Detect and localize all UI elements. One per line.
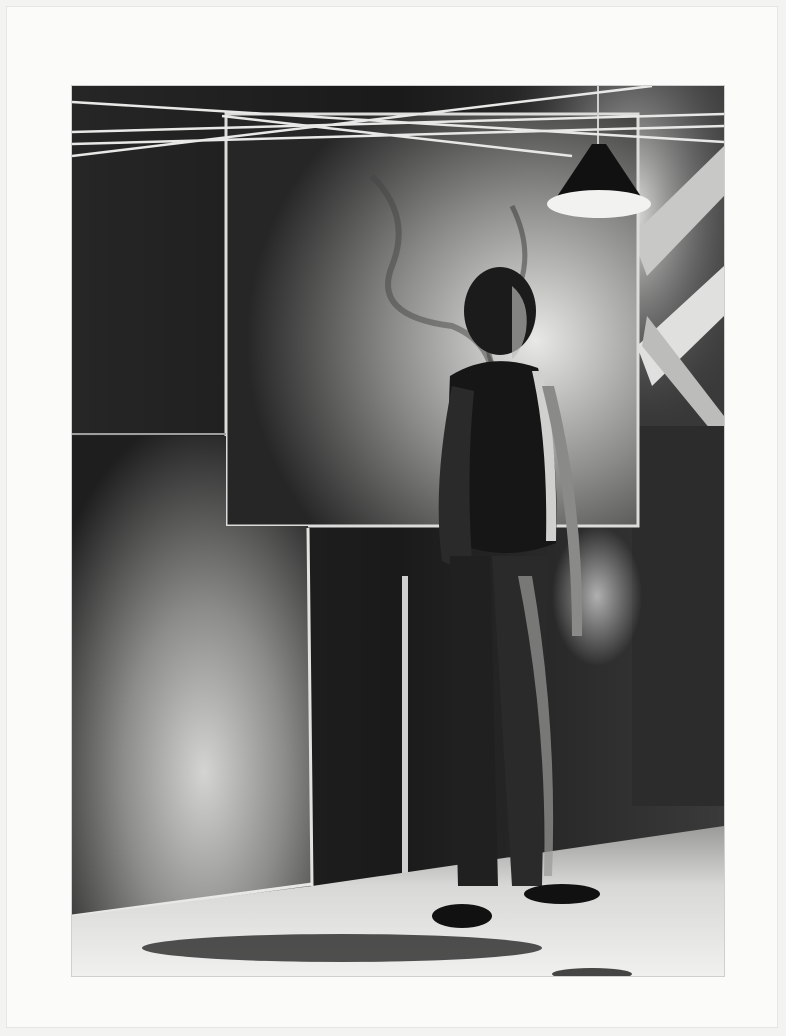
photo-scene [72, 86, 724, 976]
photograph [72, 86, 724, 976]
photo-mount [6, 6, 778, 1028]
